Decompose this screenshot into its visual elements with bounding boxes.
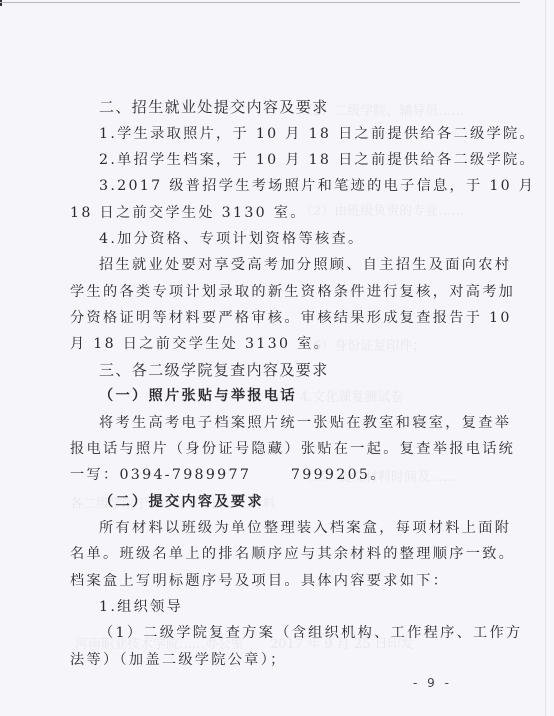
paragraph-line: 分资格证明等材料要严格审核。审核结果形成复查报告于 10: [70, 309, 512, 327]
top-rule: [0, 2, 520, 3]
paragraph-line: 3.2017 级普招学生考场照片和笔迹的电子信息，于 10 月: [99, 177, 535, 195]
bleed-through-text: （2）由班级负责的专业……: [300, 200, 464, 219]
subsection-heading: （一）照片张贴与举报电话: [99, 387, 297, 405]
paragraph-line: 18 日之前交学生处 3130 室。: [70, 204, 307, 222]
paragraph-line: （1）二级学院复查方案（含组织机构、工作程序、工作方: [99, 624, 523, 642]
subsection-heading: （二）提交内容及要求: [99, 493, 264, 511]
paragraph-line: 招生就业处要对享受高考加分照顾、自主招生及面向农村: [99, 256, 511, 274]
paragraph-line: 4.加分资格、专项计划资格等核查。: [99, 230, 364, 248]
section-heading: 三、各二级学院复查内容及要求: [99, 361, 329, 379]
paragraph-line: 将考生高考电子档案照片统一张贴在教室和寝室，复查举: [99, 414, 511, 432]
paragraph-line: 报电话与照片（身份证号隐藏）张贴在一起。复查举报电话统: [70, 440, 515, 458]
paragraph-line: 名单。班级名单上的排名顺序应与其余材料的整理顺序一致。: [70, 545, 515, 563]
bleed-through-text: 4.文化课复测试卷: [300, 386, 403, 405]
paragraph-line: 法等）（加盖二级学院公章）；: [70, 651, 287, 669]
paragraph-line: 一写：0394-7989977 7999205。: [70, 466, 387, 484]
paragraph-line: 学生的各类专项计划录取的新生资格条件进行复核，对高考加: [70, 283, 515, 301]
paragraph-line: 1.组织领导: [99, 598, 183, 616]
paragraph-line: 所有材料以班级为单位整理装入档案盒，每项材料上面附: [99, 519, 511, 537]
scan-right-edge: [545, 0, 546, 716]
document-page: （2）二级学院、辅导员……（2）由班级负责的专业……（6）身份证复印件；4.文化…: [0, 0, 554, 716]
section-heading: 二、招生就业处提交内容及要求: [99, 98, 329, 116]
paragraph-line: 1.学生录取照片，于 10 月 18 日之前提供给各二级学院。: [99, 125, 536, 143]
scan-edge-mark: [0, 0, 2, 6]
paragraph-line: 档案盒上写明标题序号及项目。具体内容要求如下：: [70, 572, 449, 590]
paragraph-line: 2.单招学生档案，于 10 月 18 日之前提供给各二级学院。: [99, 151, 536, 169]
paragraph-line: 月 18 日之前交学生处 3130 室。: [70, 335, 330, 353]
page-number: - 9 -: [413, 676, 452, 690]
